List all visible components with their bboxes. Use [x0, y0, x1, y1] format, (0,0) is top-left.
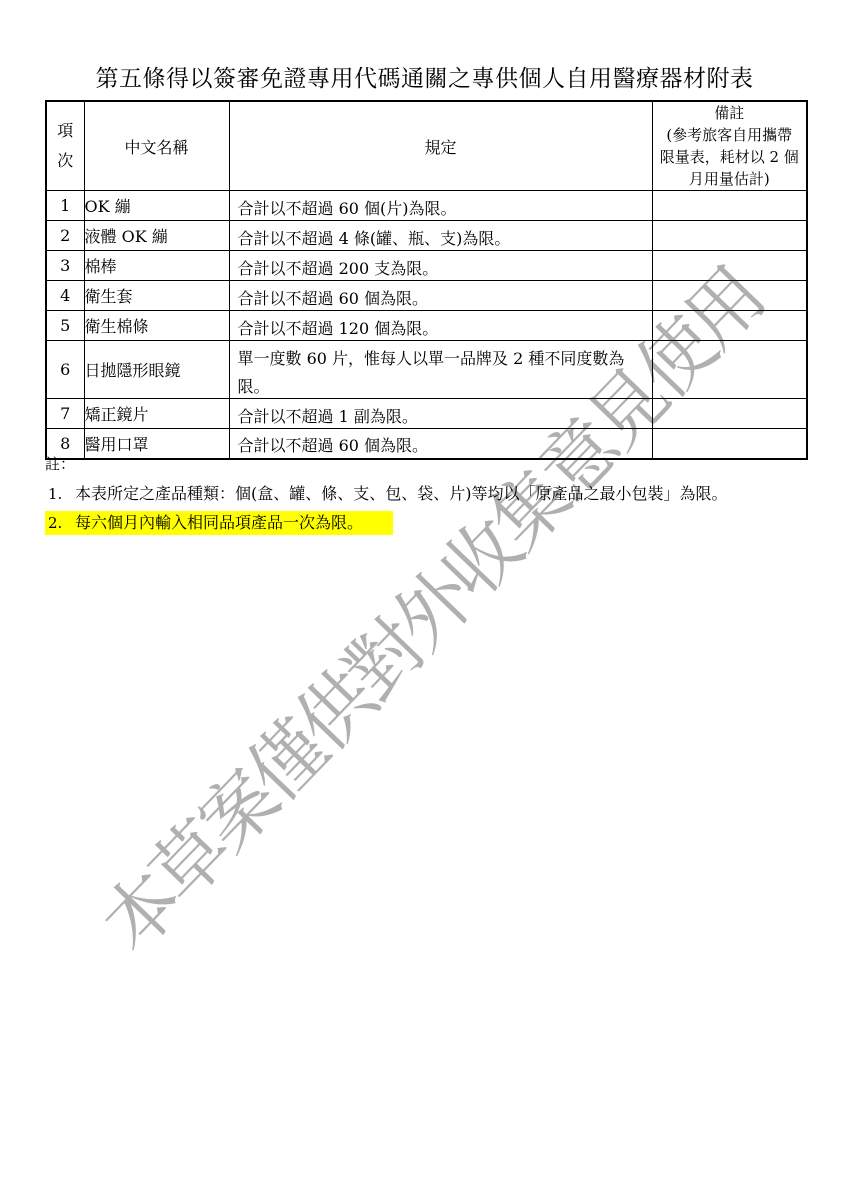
item-number-cell: 4	[46, 281, 84, 311]
table-row: 4 衛生套 合計以不超過 60 個為限。	[46, 281, 807, 311]
page-title: 第五條得以簽審免證專用代碼通關之專供個人自用醫療器材附表	[0, 60, 849, 93]
note-number: 1.	[48, 484, 75, 504]
regulation-cell: 合計以不超過 4 條(罐、瓶、支)為限。	[229, 221, 652, 251]
remarks-cell	[652, 311, 807, 341]
note-number: 2.	[48, 513, 75, 533]
regulation-cell: 合計以不超過 120 個為限。	[229, 311, 652, 341]
table-row: 3 棉棒 合計以不超過 200 支為限。	[46, 251, 807, 281]
item-name-cell: 衛生套	[84, 281, 229, 311]
regulation-cell: 合計以不超過 200 支為限。	[229, 251, 652, 281]
remarks-cell	[652, 399, 807, 429]
remarks-cell	[652, 191, 807, 221]
item-number-cell: 3	[46, 251, 84, 281]
header-item-number: 項 次	[46, 101, 84, 191]
table-row: 5 衛生棉條 合計以不超過 120 個為限。	[46, 311, 807, 341]
remarks-cell	[652, 251, 807, 281]
note-text: 每六個月內輸入相同品項產品一次為限。	[75, 513, 363, 533]
item-number-cell: 8	[46, 429, 84, 459]
item-number-cell: 1	[46, 191, 84, 221]
regulation-cell: 合計以不超過 60 個為限。	[229, 281, 652, 311]
notes-label: 註：	[45, 455, 805, 473]
regulation-cell: 合計以不超過 60 個為限。	[229, 429, 652, 459]
remarks-cell	[652, 281, 807, 311]
note-text: 本表所定之產品種類：個(盒、罐、條、支、包、袋、片)等均以「原產品之最小包裝」為…	[75, 484, 728, 504]
item-number-cell: 7	[46, 399, 84, 429]
table-header-row: 項 次 中文名稱 規定 備註 (參考旅客自用攜帶 限量表，耗材以 2 個 月用量…	[46, 101, 807, 191]
remarks-cell	[652, 221, 807, 251]
medical-devices-limit-table: 項 次 中文名稱 規定 備註 (參考旅客自用攜帶 限量表，耗材以 2 個 月用量…	[45, 100, 808, 460]
item-number-cell: 5	[46, 311, 84, 341]
header-remarks: 備註 (參考旅客自用攜帶 限量表，耗材以 2 個 月用量估計)	[652, 101, 807, 191]
table-row: 8 醫用口罩 合計以不超過 60 個為限。	[46, 429, 807, 459]
item-name-cell: 日拋隱形眼鏡	[84, 341, 229, 399]
item-name-cell: 矯正鏡片	[84, 399, 229, 429]
table-row: 6 日拋隱形眼鏡 單一度數 60 片，惟每人以單一品牌及 2 種不同度數為 限。	[46, 341, 807, 399]
document-page: 本草案僅供對外收集意見使用 第五條得以簽審免證專用代碼通關之專供個人自用醫療器材…	[0, 0, 849, 1200]
table-row: 1 OK 繃 合計以不超過 60 個(片)為限。	[46, 191, 807, 221]
item-name-cell: 液體 OK 繃	[84, 221, 229, 251]
table-row: 2 液體 OK 繃 合計以不超過 4 條(罐、瓶、支)為限。	[46, 221, 807, 251]
remarks-cell	[652, 341, 807, 399]
notes-list: 1. 本表所定之產品種類：個(盒、罐、條、支、包、袋、片)等均以「原產品之最小包…	[45, 482, 805, 535]
item-number-cell: 6	[46, 341, 84, 399]
item-name-cell: 衛生棉條	[84, 311, 229, 341]
item-number-cell: 2	[46, 221, 84, 251]
regulation-cell: 合計以不超過 1 副為限。	[229, 399, 652, 429]
notes-section: 註： 1. 本表所定之產品種類：個(盒、罐、條、支、包、袋、片)等均以「原產品之…	[45, 455, 805, 540]
item-name-cell: 醫用口罩	[84, 429, 229, 459]
header-chinese-name: 中文名稱	[84, 101, 229, 191]
note-item: 1. 本表所定之產品種類：個(盒、罐、條、支、包、袋、片)等均以「原產品之最小包…	[45, 482, 730, 506]
regulation-cell: 合計以不超過 60 個(片)為限。	[229, 191, 652, 221]
remarks-cell	[652, 429, 807, 459]
note-item: 2. 每六個月內輸入相同品項產品一次為限。	[45, 511, 393, 535]
header-regulation: 規定	[229, 101, 652, 191]
table-row: 7 矯正鏡片 合計以不超過 1 副為限。	[46, 399, 807, 429]
item-name-cell: 棉棒	[84, 251, 229, 281]
regulation-cell: 單一度數 60 片，惟每人以單一品牌及 2 種不同度數為 限。	[229, 341, 652, 399]
item-name-cell: OK 繃	[84, 191, 229, 221]
